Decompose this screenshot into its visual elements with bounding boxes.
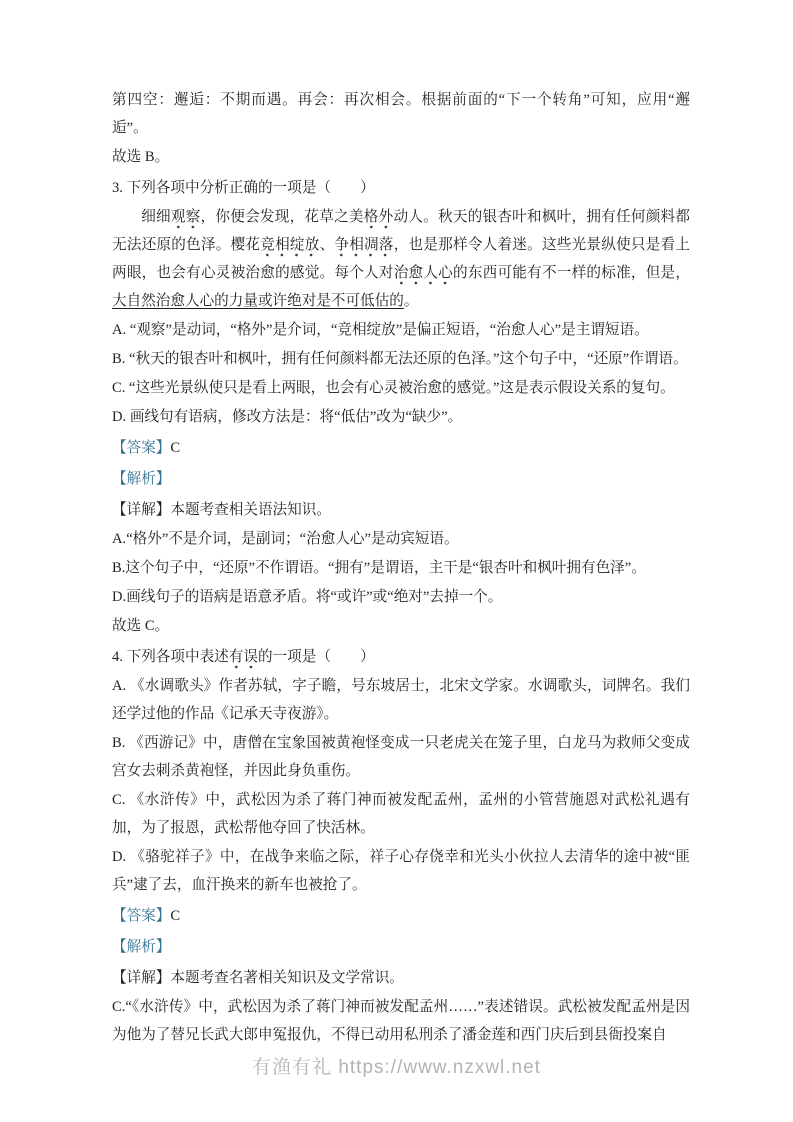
- text-segment: 的东西可能有不一样的标准，但是，: [453, 265, 690, 281]
- question-3-detail-b: B.这个句子中，“还原”不作谓语。“拥有”是谓语，主干是“银杏叶和枫叶拥有色泽”…: [112, 554, 690, 582]
- text-segment: 争相凋落: [334, 237, 393, 257]
- question-4-option-d: D. 《骆驼祥子》中，在战争来临之际，祥子心存侥幸和光头小伙拉人去清华的途中被“…: [112, 843, 690, 899]
- text-segment: 。: [404, 293, 419, 309]
- text-segment: 4. 下列各项中表述: [112, 649, 229, 665]
- text-segment: C. 《水浒传》中，武松因为杀了蒋门神而被发配孟州，孟州的小管营施恩对武松礼遇有…: [112, 792, 690, 836]
- text-segment: D. 《骆驼祥子》中，在战争来临之际，祥子心存侥幸和光头小伙拉人去清华的途中被“…: [112, 849, 690, 893]
- text-segment: A. “观察”是动词，“格外”是介词，“竞相绽放”是偏正短语，“治愈人心”是主谓…: [112, 322, 649, 338]
- text-segment: 3. 下列各项中分析正确的一项是（ ）: [112, 180, 375, 196]
- question-3-option-d: D. 画线句有语病，修改方法是：将“低估”改为“缺少”。: [112, 403, 690, 431]
- text-segment: C: [170, 440, 180, 456]
- text-segment: 本题考查名著相关知识及文学常识。: [170, 970, 404, 986]
- analysis-label: 【解析】: [112, 939, 170, 955]
- text-segment: D. 画线句有语病，修改方法是：将“低估”改为“缺少”。: [112, 409, 462, 425]
- text-segment: 大自然治愈人心的力量或许绝对是不可低估的: [112, 293, 404, 309]
- text-segment: C. “这些光景纵使只是看上两眼，也会有心灵被治愈的感觉。”这是表示假设关系的复…: [112, 380, 675, 396]
- explanation-line: 第四空：邂逅：不期而遇。再会：再次相会。根据前面的“下一个转角”可知，应用“邂逅…: [112, 86, 690, 142]
- text-segment: 治愈人心: [394, 265, 453, 285]
- question-3-option-a: A. “观察”是动词，“格外”是介词，“竞相绽放”是偏正短语，“治愈人心”是主谓…: [112, 316, 690, 344]
- question-4-detail-c: C.“《水浒传》中，武松因为杀了蒋门神而被发配孟州……”表述错误。武松被发配孟州…: [112, 993, 690, 1049]
- answer-label: 【答案】: [112, 440, 170, 456]
- question-3-option-b: B. “秋天的银杏叶和枫叶，拥有任何颜料都无法还原的色泽。”这个句子中，“还原”…: [112, 345, 690, 373]
- question-4-option-b: B. 《西游记》中，唐僧在宝象国被黄袍怪变成一只老虎关在笼子里，白龙马为救师父变…: [112, 729, 690, 785]
- question-3-analysis-line: 【解析】: [112, 465, 690, 493]
- question-4-answer-line: 【答案】C: [112, 902, 690, 930]
- question-3-detail-a: A.“格外”不是介词，是副词；“治愈人心”是动宾短语。: [112, 525, 690, 553]
- question-3-detail-line: 【详解】本题考查相关语法知识。: [112, 496, 690, 524]
- detail-label: 【详解】: [112, 502, 170, 518]
- text-segment: 的一项是（ ）: [258, 649, 375, 665]
- question-3-option-c: C. “这些光景纵使只是看上两眼，也会有心灵被治愈的感觉。”这是表示假设关系的复…: [112, 374, 690, 402]
- question-3-stem: 3. 下列各项中分析正确的一项是（ ）: [112, 174, 690, 202]
- watermark-footer: 有渔有礼 https://www.nzxwl.net: [0, 1052, 793, 1079]
- text-segment: C.“《水浒传》中，武松因为杀了蒋门神而被发配孟州……”表述错误。武松被发配孟州…: [112, 999, 690, 1043]
- question-3-conclusion: 故选 C。: [112, 612, 690, 640]
- answer-label: 【答案】: [112, 908, 170, 924]
- exam-answer-page: 第四空：邂逅：不期而遇。再会：再次相会。根据前面的“下一个转角”可知，应用“邂逅…: [0, 0, 793, 1122]
- text-segment: 故选 B。: [112, 149, 169, 165]
- question-3-detail-d: D.画线句子的语病是语意矛盾。将“或许”或“绝对”去掉一个。: [112, 583, 690, 611]
- text-segment: D.画线句子的语病是语意矛盾。将“或许”或“绝对”去掉一个。: [112, 589, 502, 605]
- question-3-passage: 细细观察，你便会发现，花草之美格外动人。秋天的银杏叶和枫叶，拥有任何颜料都无法还…: [112, 203, 690, 315]
- text-segment: 有误: [229, 649, 258, 669]
- text-segment: B.这个句子中，“还原”不作谓语。“拥有”是谓语，主干是“银杏叶和枫叶拥有色泽”…: [112, 560, 646, 576]
- text-segment: 格外: [364, 209, 394, 229]
- text-segment: B. 《西游记》中，唐僧在宝象国被黄袍怪变成一只老虎关在笼子里，白龙马为救师父变…: [112, 735, 690, 779]
- question-3-answer-line: 【答案】C: [112, 434, 690, 462]
- question-4-option-c: C. 《水浒传》中，武松因为杀了蒋门神而被发配孟州，孟州的小管营施恩对武松礼遇有…: [112, 786, 690, 842]
- text-segment: A.“格外”不是介词，是副词；“治愈人心”是动宾短语。: [112, 531, 459, 547]
- text-segment: C: [170, 908, 180, 924]
- text-segment: 观察: [171, 209, 201, 229]
- text-segment: 故选 C。: [112, 618, 169, 634]
- text-segment: ，你便会发现，花草之美: [201, 209, 364, 225]
- text-segment: 细细: [141, 209, 171, 225]
- conclusion-line: 故选 B。: [112, 143, 690, 171]
- text-segment: 竞相绽放: [260, 237, 319, 257]
- question-4-option-a: A. 《水调歌头》作者苏轼，字子瞻，号东坡居士，北宋文学家。水调歌头，词牌名。我…: [112, 672, 690, 728]
- text-segment: 本题考查相关语法知识。: [170, 502, 331, 518]
- text-segment: B. “秋天的银杏叶和枫叶，拥有任何颜料都无法还原的色泽。”这个句子中，“还原”…: [112, 351, 688, 367]
- question-4-stem: 4. 下列各项中表述有误的一项是（ ）: [112, 643, 690, 671]
- text-segment: 第四空：邂逅：不期而遇。再会：再次相会。根据前面的“下一个转角”可知，应用“邂逅…: [112, 92, 690, 136]
- detail-label: 【详解】: [112, 970, 170, 986]
- text-segment: A. 《水调歌头》作者苏轼，字子瞻，号东坡居士，北宋文学家。水调歌头，词牌名。我…: [112, 678, 690, 722]
- text-segment: 、: [320, 237, 335, 253]
- document-body: 第四空：邂逅：不期而遇。再会：再次相会。根据前面的“下一个转角”可知，应用“邂逅…: [112, 86, 690, 1050]
- analysis-label: 【解析】: [112, 471, 170, 487]
- question-4-detail-line: 【详解】本题考查名著相关知识及文学常识。: [112, 964, 690, 992]
- question-4-analysis-line: 【解析】: [112, 933, 690, 961]
